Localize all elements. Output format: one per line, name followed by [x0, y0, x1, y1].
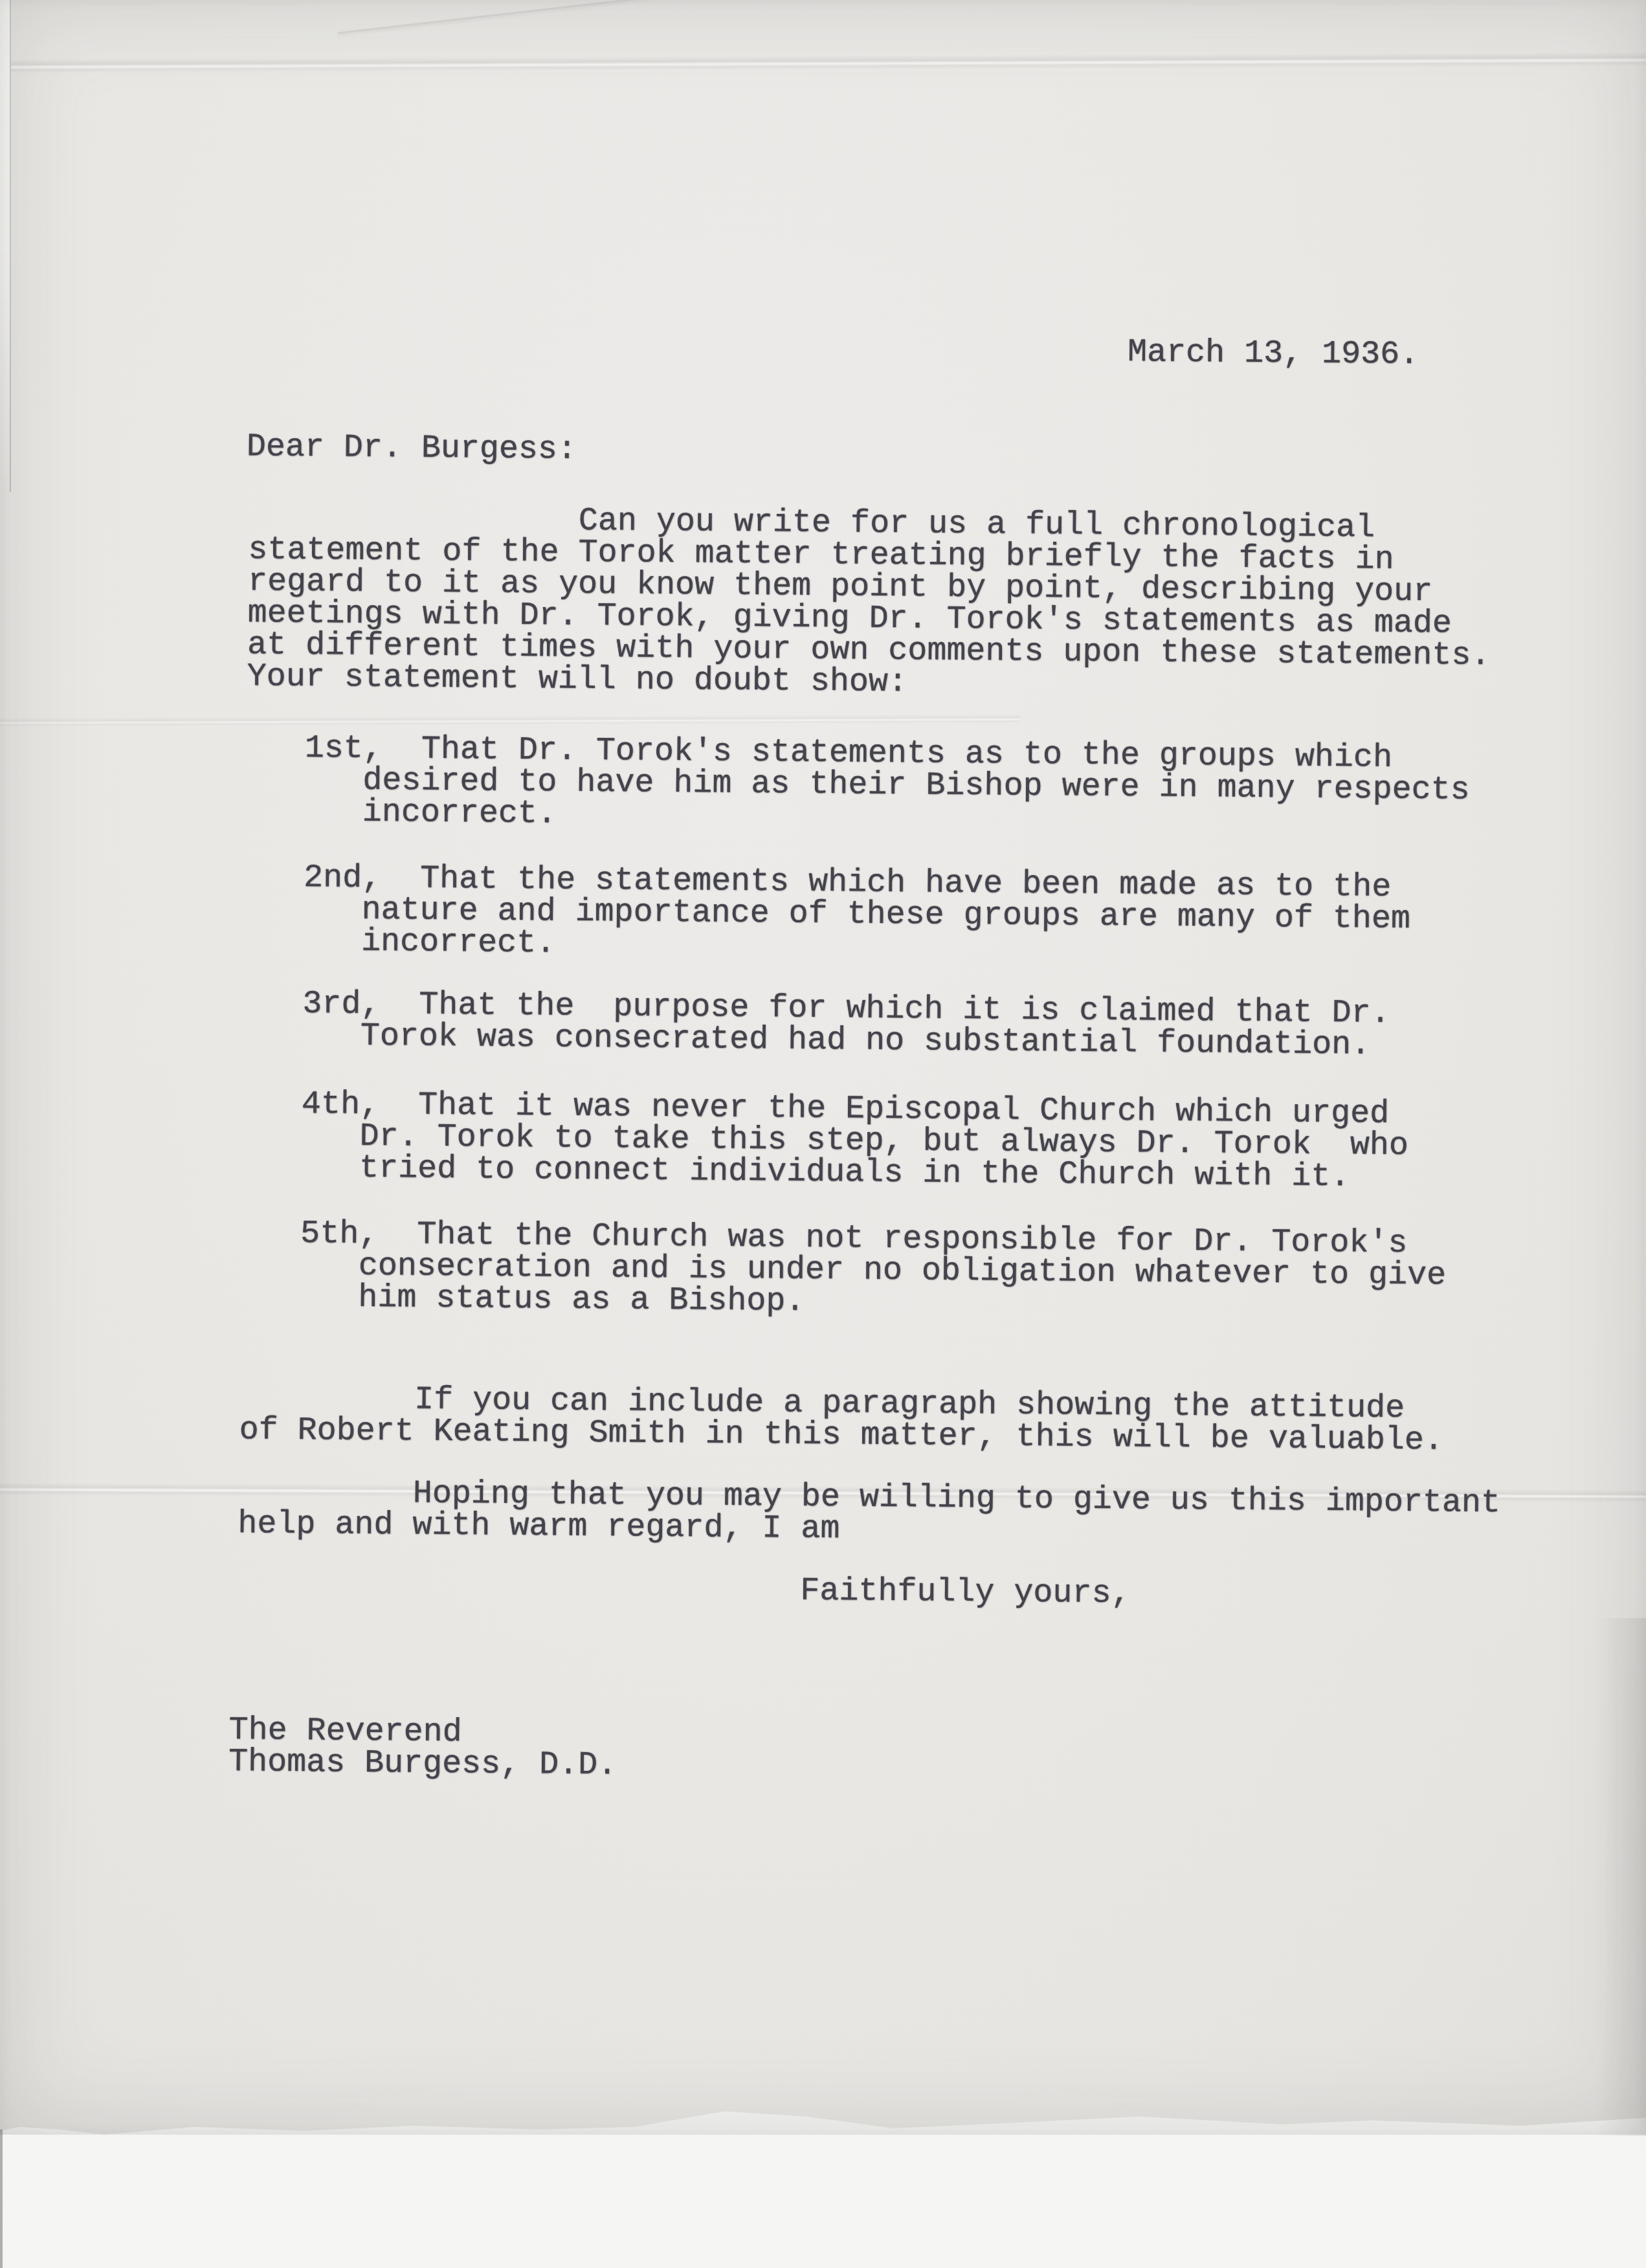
numbered-point-5: 5th, That the Church was not responsible… [241, 1217, 1447, 1323]
valediction: Faithfully yours, [800, 1575, 1131, 1610]
numbered-point-4: 4th, That it was never the Episcopal Chu… [243, 1088, 1409, 1194]
numbered-point-1: 1st, That Dr. Torok's statements as to t… [246, 732, 1471, 838]
scanner-bed-edge-line [0, 2129, 3, 2268]
letter-salutation: Dear Dr. Burgess: [247, 431, 577, 465]
letter-date: March 13, 1936. [1128, 337, 1419, 371]
scanned-letter-page: { "document": { "kind": "typewritten-let… [0, 0, 1646, 2268]
recipient-block: The Reverend Thomas Burgess, D.D. [228, 1715, 617, 1781]
keating-paragraph: If you can include a paragraph showing t… [239, 1383, 1443, 1456]
letter-content: March 13, 1936. Dear Dr. Burgess: Can yo… [0, 0, 1646, 2142]
numbered-point-3: 3rd, That the purpose for which it is cl… [244, 988, 1390, 1061]
closing-paragraph: Hoping that you may be willing to give u… [238, 1476, 1500, 1551]
opening-paragraph: Can you write for us a full chronologica… [247, 502, 1492, 704]
numbered-point-2: 2nd, That the statements which have been… [245, 862, 1411, 967]
